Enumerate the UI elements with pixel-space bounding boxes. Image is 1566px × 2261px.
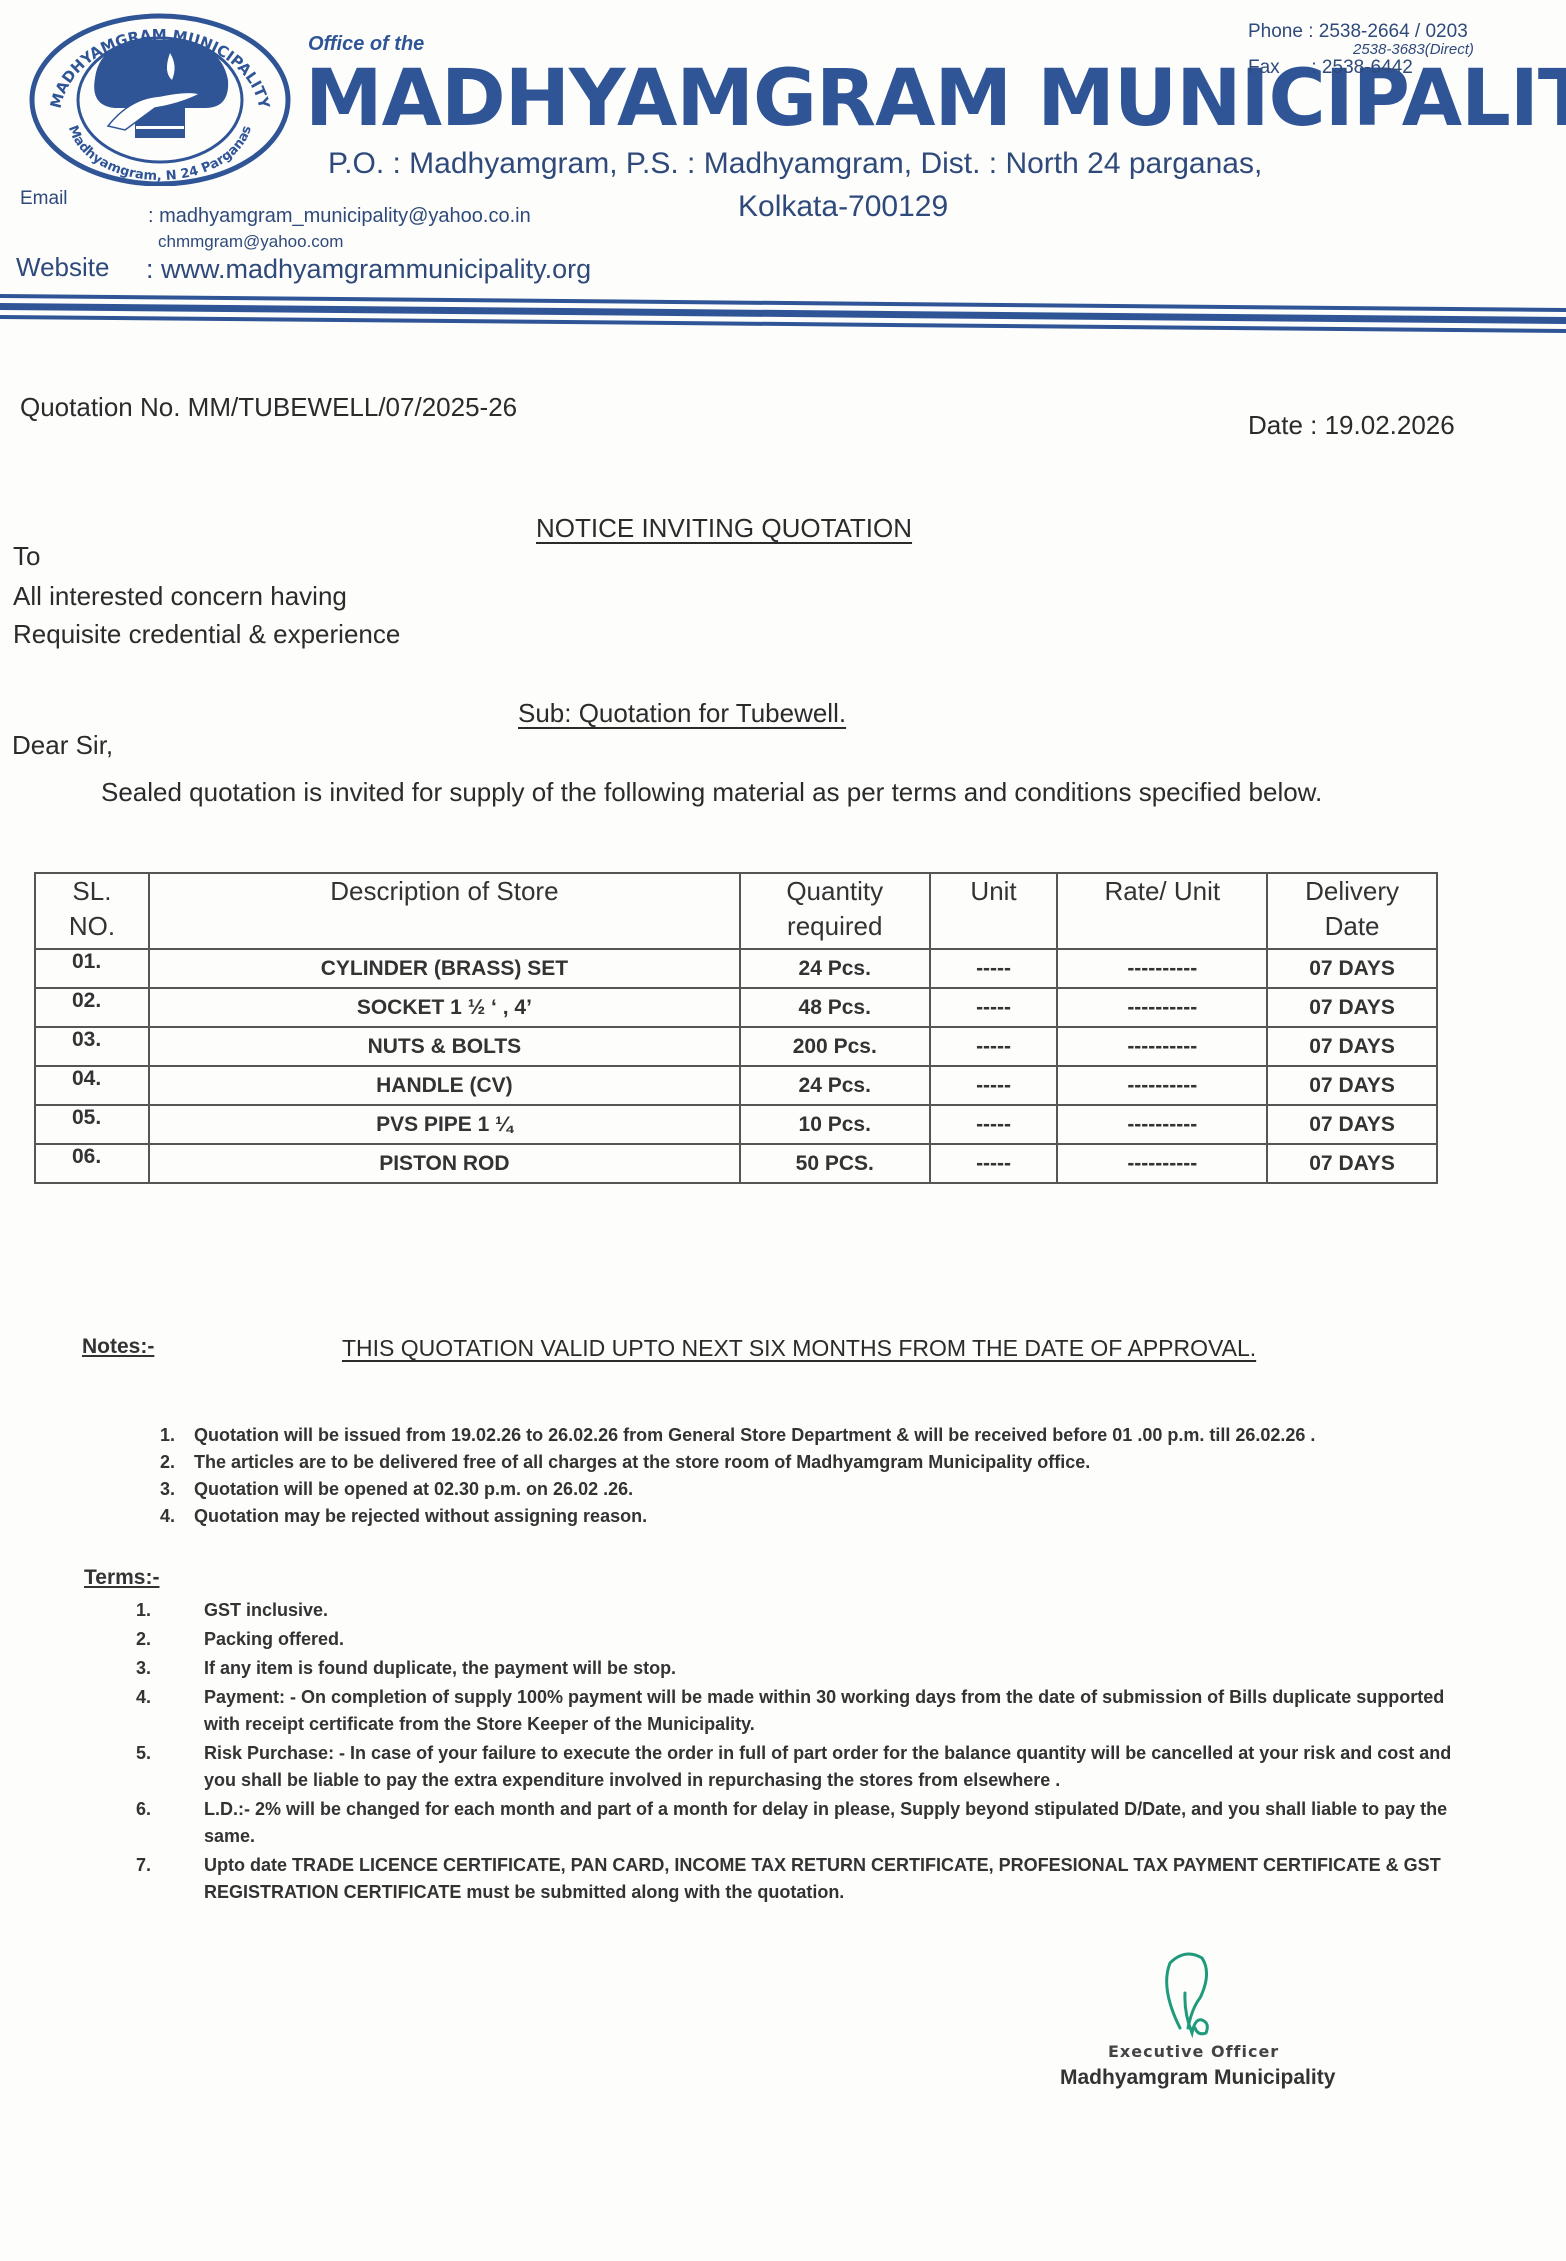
cell-rate: ---------- bbox=[1057, 988, 1267, 1027]
fax-line: Fax : 2538-6442 bbox=[1248, 58, 1474, 78]
cell-description: PVS PIPE 1 ¼ bbox=[149, 1105, 740, 1144]
addressee-line-2: Requisite credential & experience bbox=[13, 619, 400, 650]
cell-delivery-date: 07 DAYS bbox=[1267, 1105, 1437, 1144]
cell-sl-no: 02. bbox=[35, 988, 149, 1027]
cell-description: HANDLE (CV) bbox=[149, 1066, 740, 1105]
cell-unit: ----- bbox=[930, 1066, 1058, 1105]
email-label: Email bbox=[20, 188, 68, 210]
list-item: 7.Upto date TRADE LICENCE CERTIFICATE, P… bbox=[170, 1852, 1470, 1906]
table-row: 02.SOCKET 1 ½ ‘ , 4’48 Pcs.-------------… bbox=[35, 988, 1437, 1027]
list-text: If any item is found duplicate, the paym… bbox=[204, 1658, 676, 1678]
phone-line: Phone : 2538-2664 / 0203 bbox=[1248, 22, 1474, 42]
list-number: 4. bbox=[170, 1684, 204, 1711]
cell-rate: ---------- bbox=[1057, 1066, 1267, 1105]
cell-quantity: 24 Pcs. bbox=[740, 1066, 930, 1105]
list-item: 6.L.D.:- 2% will be changed for each mon… bbox=[170, 1796, 1470, 1850]
list-text: Quotation may be rejected without assign… bbox=[194, 1506, 647, 1526]
list-text: Risk Purchase: - In case of your failure… bbox=[204, 1743, 1451, 1790]
cell-rate: ---------- bbox=[1057, 1144, 1267, 1183]
cell-sl-no: 06. bbox=[35, 1144, 149, 1183]
phone-value: : 2538-2664 / 0203 bbox=[1308, 21, 1468, 42]
list-text: Quotation will be opened at 02.30 p.m. o… bbox=[194, 1479, 633, 1499]
header-rate: Rate/ Unit bbox=[1057, 873, 1267, 949]
list-number: 4. bbox=[160, 1506, 194, 1527]
cell-rate: ---------- bbox=[1057, 949, 1267, 988]
list-number: 3. bbox=[160, 1479, 194, 1500]
cell-sl-no: 01. bbox=[35, 949, 149, 988]
table-row: 06.PISTON ROD50 PCS.---------------07 DA… bbox=[35, 1144, 1437, 1183]
list-item: 3.Quotation will be opened at 02.30 p.m.… bbox=[160, 1479, 1315, 1506]
notes-heading: Notes:- bbox=[82, 1335, 154, 1359]
list-number: 6. bbox=[170, 1796, 204, 1823]
fax-label: Fax bbox=[1248, 57, 1280, 78]
list-number: 1. bbox=[170, 1597, 204, 1624]
quotation-number: Quotation No. MM/TUBEWELL/07/2025-26 bbox=[20, 392, 517, 423]
cell-quantity: 10 Pcs. bbox=[740, 1105, 930, 1144]
list-text: Packing offered. bbox=[204, 1629, 344, 1649]
cell-quantity: 24 Pcs. bbox=[740, 949, 930, 988]
signature-mark bbox=[1140, 1948, 1250, 2048]
cell-unit: ----- bbox=[930, 1027, 1058, 1066]
header-sl-no: SL.NO. bbox=[35, 873, 149, 949]
list-number: 7. bbox=[170, 1852, 204, 1879]
list-item: 4.Quotation may be rejected without assi… bbox=[160, 1506, 1315, 1533]
cell-description: NUTS & BOLTS bbox=[149, 1027, 740, 1066]
list-item: 1.GST inclusive. bbox=[170, 1597, 1470, 1624]
table-row: 01.CYLINDER (BRASS) SET24 Pcs.----------… bbox=[35, 949, 1437, 988]
letterhead-divider bbox=[0, 290, 1566, 338]
list-number: 1. bbox=[160, 1425, 194, 1446]
cell-quantity: 48 Pcs. bbox=[740, 988, 930, 1027]
cell-unit: ----- bbox=[930, 1105, 1058, 1144]
header-description: Description of Store bbox=[149, 873, 740, 949]
address-line-1: P.O. : Madhyamgram, P.S. : Madhyamgram, … bbox=[328, 147, 1262, 181]
table-header-row: SL.NO. Description of Store Quantityrequ… bbox=[35, 873, 1437, 949]
contact-phone-fax: Phone : 2538-2664 / 0203 2538-3683(Direc… bbox=[1248, 22, 1474, 78]
list-number: 2. bbox=[170, 1626, 204, 1653]
fax-value: : 2538-6442 bbox=[1311, 57, 1412, 78]
cell-unit: ----- bbox=[930, 988, 1058, 1027]
cell-unit: ----- bbox=[930, 1144, 1058, 1183]
municipality-logo-seal: MADHYAMGRAM MUNICIPALITY Madhyamgram, N … bbox=[20, 8, 300, 186]
cell-description: CYLINDER (BRASS) SET bbox=[149, 949, 740, 988]
office-of-label: Office of the bbox=[308, 33, 424, 56]
website-label: Website bbox=[16, 252, 109, 283]
cell-quantity: 200 Pcs. bbox=[740, 1027, 930, 1066]
subject-line: Sub: Quotation for Tubewell. bbox=[518, 698, 846, 729]
cell-description: SOCKET 1 ½ ‘ , 4’ bbox=[149, 988, 740, 1027]
header-unit: Unit bbox=[930, 873, 1058, 949]
list-number: 2. bbox=[160, 1452, 194, 1473]
cell-delivery-date: 07 DAYS bbox=[1267, 1027, 1437, 1066]
terms-list: 1.GST inclusive.2.Packing offered.3.If a… bbox=[170, 1597, 1470, 1908]
salutation: Dear Sir, bbox=[12, 730, 113, 761]
website-link[interactable]: : www.madhyamgrammunicipality.org bbox=[146, 254, 591, 285]
phone-direct: 2538-3683(Direct) bbox=[1248, 42, 1474, 58]
header-delivery: DeliveryDate bbox=[1267, 873, 1437, 949]
addressee-to: To bbox=[13, 541, 40, 572]
list-item: 2.The articles are to be delivered free … bbox=[160, 1452, 1315, 1479]
list-item: 2.Packing offered. bbox=[170, 1626, 1470, 1653]
intro-paragraph: Sealed quotation is invited for supply o… bbox=[101, 775, 1431, 810]
cell-delivery-date: 07 DAYS bbox=[1267, 1066, 1437, 1105]
cell-sl-no: 03. bbox=[35, 1027, 149, 1066]
cell-description: PISTON ROD bbox=[149, 1144, 740, 1183]
cell-delivery-date: 07 DAYS bbox=[1267, 988, 1437, 1027]
list-item: 5.Risk Purchase: - In case of your failu… bbox=[170, 1740, 1470, 1794]
address-line-2: Kolkata-700129 bbox=[738, 190, 948, 224]
cell-sl-no: 05. bbox=[35, 1105, 149, 1144]
cell-quantity: 50 PCS. bbox=[740, 1144, 930, 1183]
table-row: 05.PVS PIPE 1 ¼10 Pcs.---------------07 … bbox=[35, 1105, 1437, 1144]
list-text: L.D.:- 2% will be changed for each month… bbox=[204, 1799, 1447, 1846]
terms-heading: Terms:- bbox=[84, 1566, 159, 1590]
items-table: SL.NO. Description of Store Quantityrequ… bbox=[34, 872, 1438, 1184]
signatory-organization: Madhyamgram Municipality bbox=[1060, 2066, 1335, 2090]
cell-rate: ---------- bbox=[1057, 1105, 1267, 1144]
addressee-line-1: All interested concern having bbox=[13, 581, 347, 612]
list-text: Upto date TRADE LICENCE CERTIFICATE, PAN… bbox=[204, 1855, 1441, 1902]
table-row: 03.NUTS & BOLTS200 Pcs.---------------07… bbox=[35, 1027, 1437, 1066]
cell-unit: ----- bbox=[930, 949, 1058, 988]
document-date: Date : 19.02.2026 bbox=[1248, 410, 1455, 441]
header-quantity: Quantityrequired bbox=[740, 873, 930, 949]
list-number: 5. bbox=[170, 1740, 204, 1767]
list-number: 3. bbox=[170, 1655, 204, 1682]
notes-list: 1.Quotation will be issued from 19.02.26… bbox=[160, 1425, 1315, 1533]
phone-label: Phone bbox=[1248, 21, 1303, 42]
list-text: Payment: - On completion of supply 100% … bbox=[204, 1687, 1444, 1734]
list-item: 4.Payment: - On completion of supply 100… bbox=[170, 1684, 1470, 1738]
cell-delivery-date: 07 DAYS bbox=[1267, 1144, 1437, 1183]
email-primary[interactable]: : madhyamgram_municipality@yahoo.co.in bbox=[148, 205, 531, 228]
document-title: NOTICE INVITING QUOTATION bbox=[536, 513, 912, 544]
email-secondary[interactable]: chmmgram@yahoo.com bbox=[158, 232, 343, 252]
list-text: GST inclusive. bbox=[204, 1600, 328, 1620]
list-text: The articles are to be delivered free of… bbox=[194, 1452, 1090, 1472]
list-text: Quotation will be issued from 19.02.26 t… bbox=[194, 1425, 1315, 1445]
cell-sl-no: 04. bbox=[35, 1066, 149, 1105]
list-item: 3.If any item is found duplicate, the pa… bbox=[170, 1655, 1470, 1682]
table-row: 04.HANDLE (CV)24 Pcs.---------------07 D… bbox=[35, 1066, 1437, 1105]
cell-rate: ---------- bbox=[1057, 1027, 1267, 1066]
list-item: 1.Quotation will be issued from 19.02.26… bbox=[160, 1425, 1315, 1452]
cell-delivery-date: 07 DAYS bbox=[1267, 949, 1437, 988]
signatory-title: Executive Officer bbox=[1108, 2042, 1279, 2061]
validity-statement: THIS QUOTATION VALID UPTO NEXT SIX MONTH… bbox=[342, 1335, 1256, 1362]
